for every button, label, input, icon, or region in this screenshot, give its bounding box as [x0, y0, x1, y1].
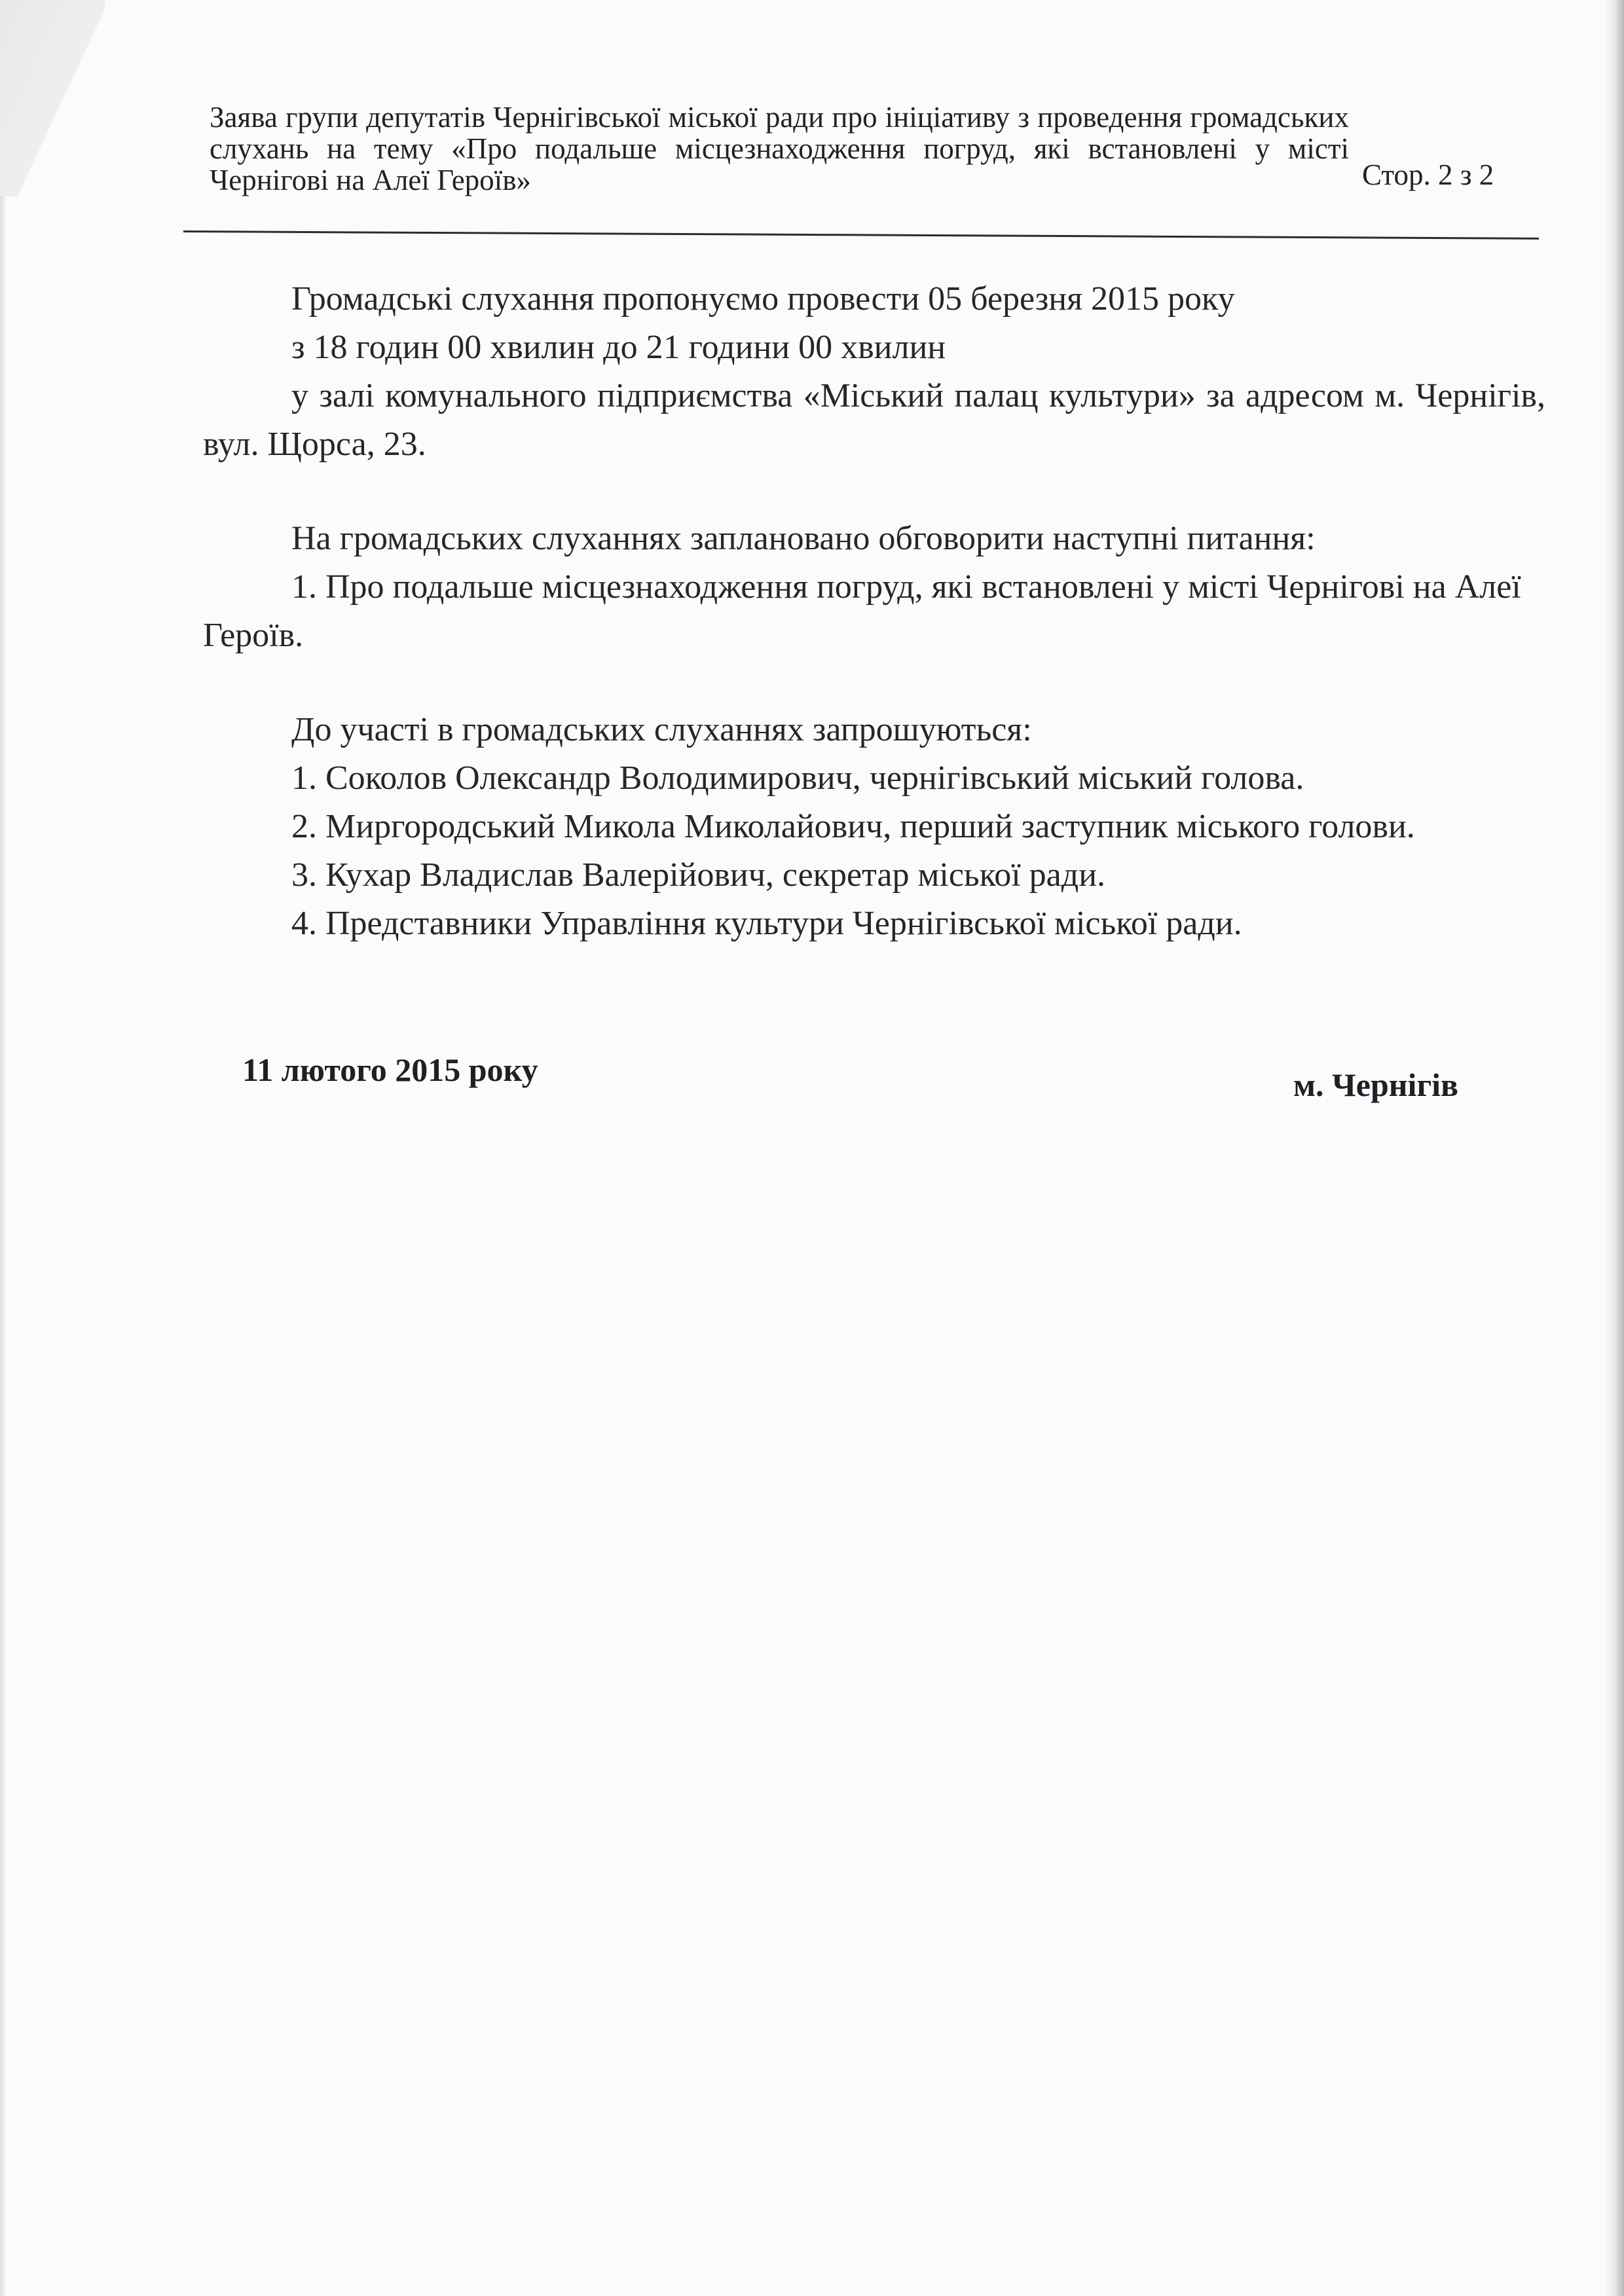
agenda-intro: На громадських слуханнях заплановано обг… [203, 515, 1545, 563]
schedule-time: з 18 годин 00 хвилин до 21 години 00 хви… [203, 323, 1545, 372]
invitees-intro: До участі в громадських слуханнях запрош… [203, 706, 1545, 754]
scan-edge-right [1604, 0, 1624, 2296]
schedule-venue: у залі комунального підприємства «Міськи… [203, 372, 1545, 469]
document-city: м. Чернігів [1293, 1066, 1458, 1104]
header-divider [183, 230, 1539, 240]
scan-edge-left [0, 196, 7, 2296]
agenda-item: 1. Про подальше місцезнаходження погруд,… [203, 563, 1545, 660]
folded-corner [0, 0, 105, 196]
schedule-date: Громадські слухання пропонуємо провести … [203, 275, 1545, 323]
invitee-item: 1. Соколов Олександр Володимирович, черн… [203, 754, 1545, 803]
header-title: Заява групи депутатів Чернігівської місь… [210, 101, 1349, 196]
document-header: Заява групи депутатів Чернігівської місь… [210, 101, 1539, 196]
invitee-item: 2. Миргородський Микола Миколайович, пер… [203, 803, 1545, 851]
document-date: 11 лютого 2015 року [242, 1051, 538, 1089]
page-indicator: Стор. 2 з 2 [1362, 159, 1494, 191]
invitee-item: 3. Кухар Владислав Валерійович, секретар… [203, 851, 1545, 900]
document-body: Громадські слухання пропонуємо провести … [203, 275, 1545, 948]
invitee-item: 4. Представники Управління культури Черн… [203, 900, 1545, 948]
